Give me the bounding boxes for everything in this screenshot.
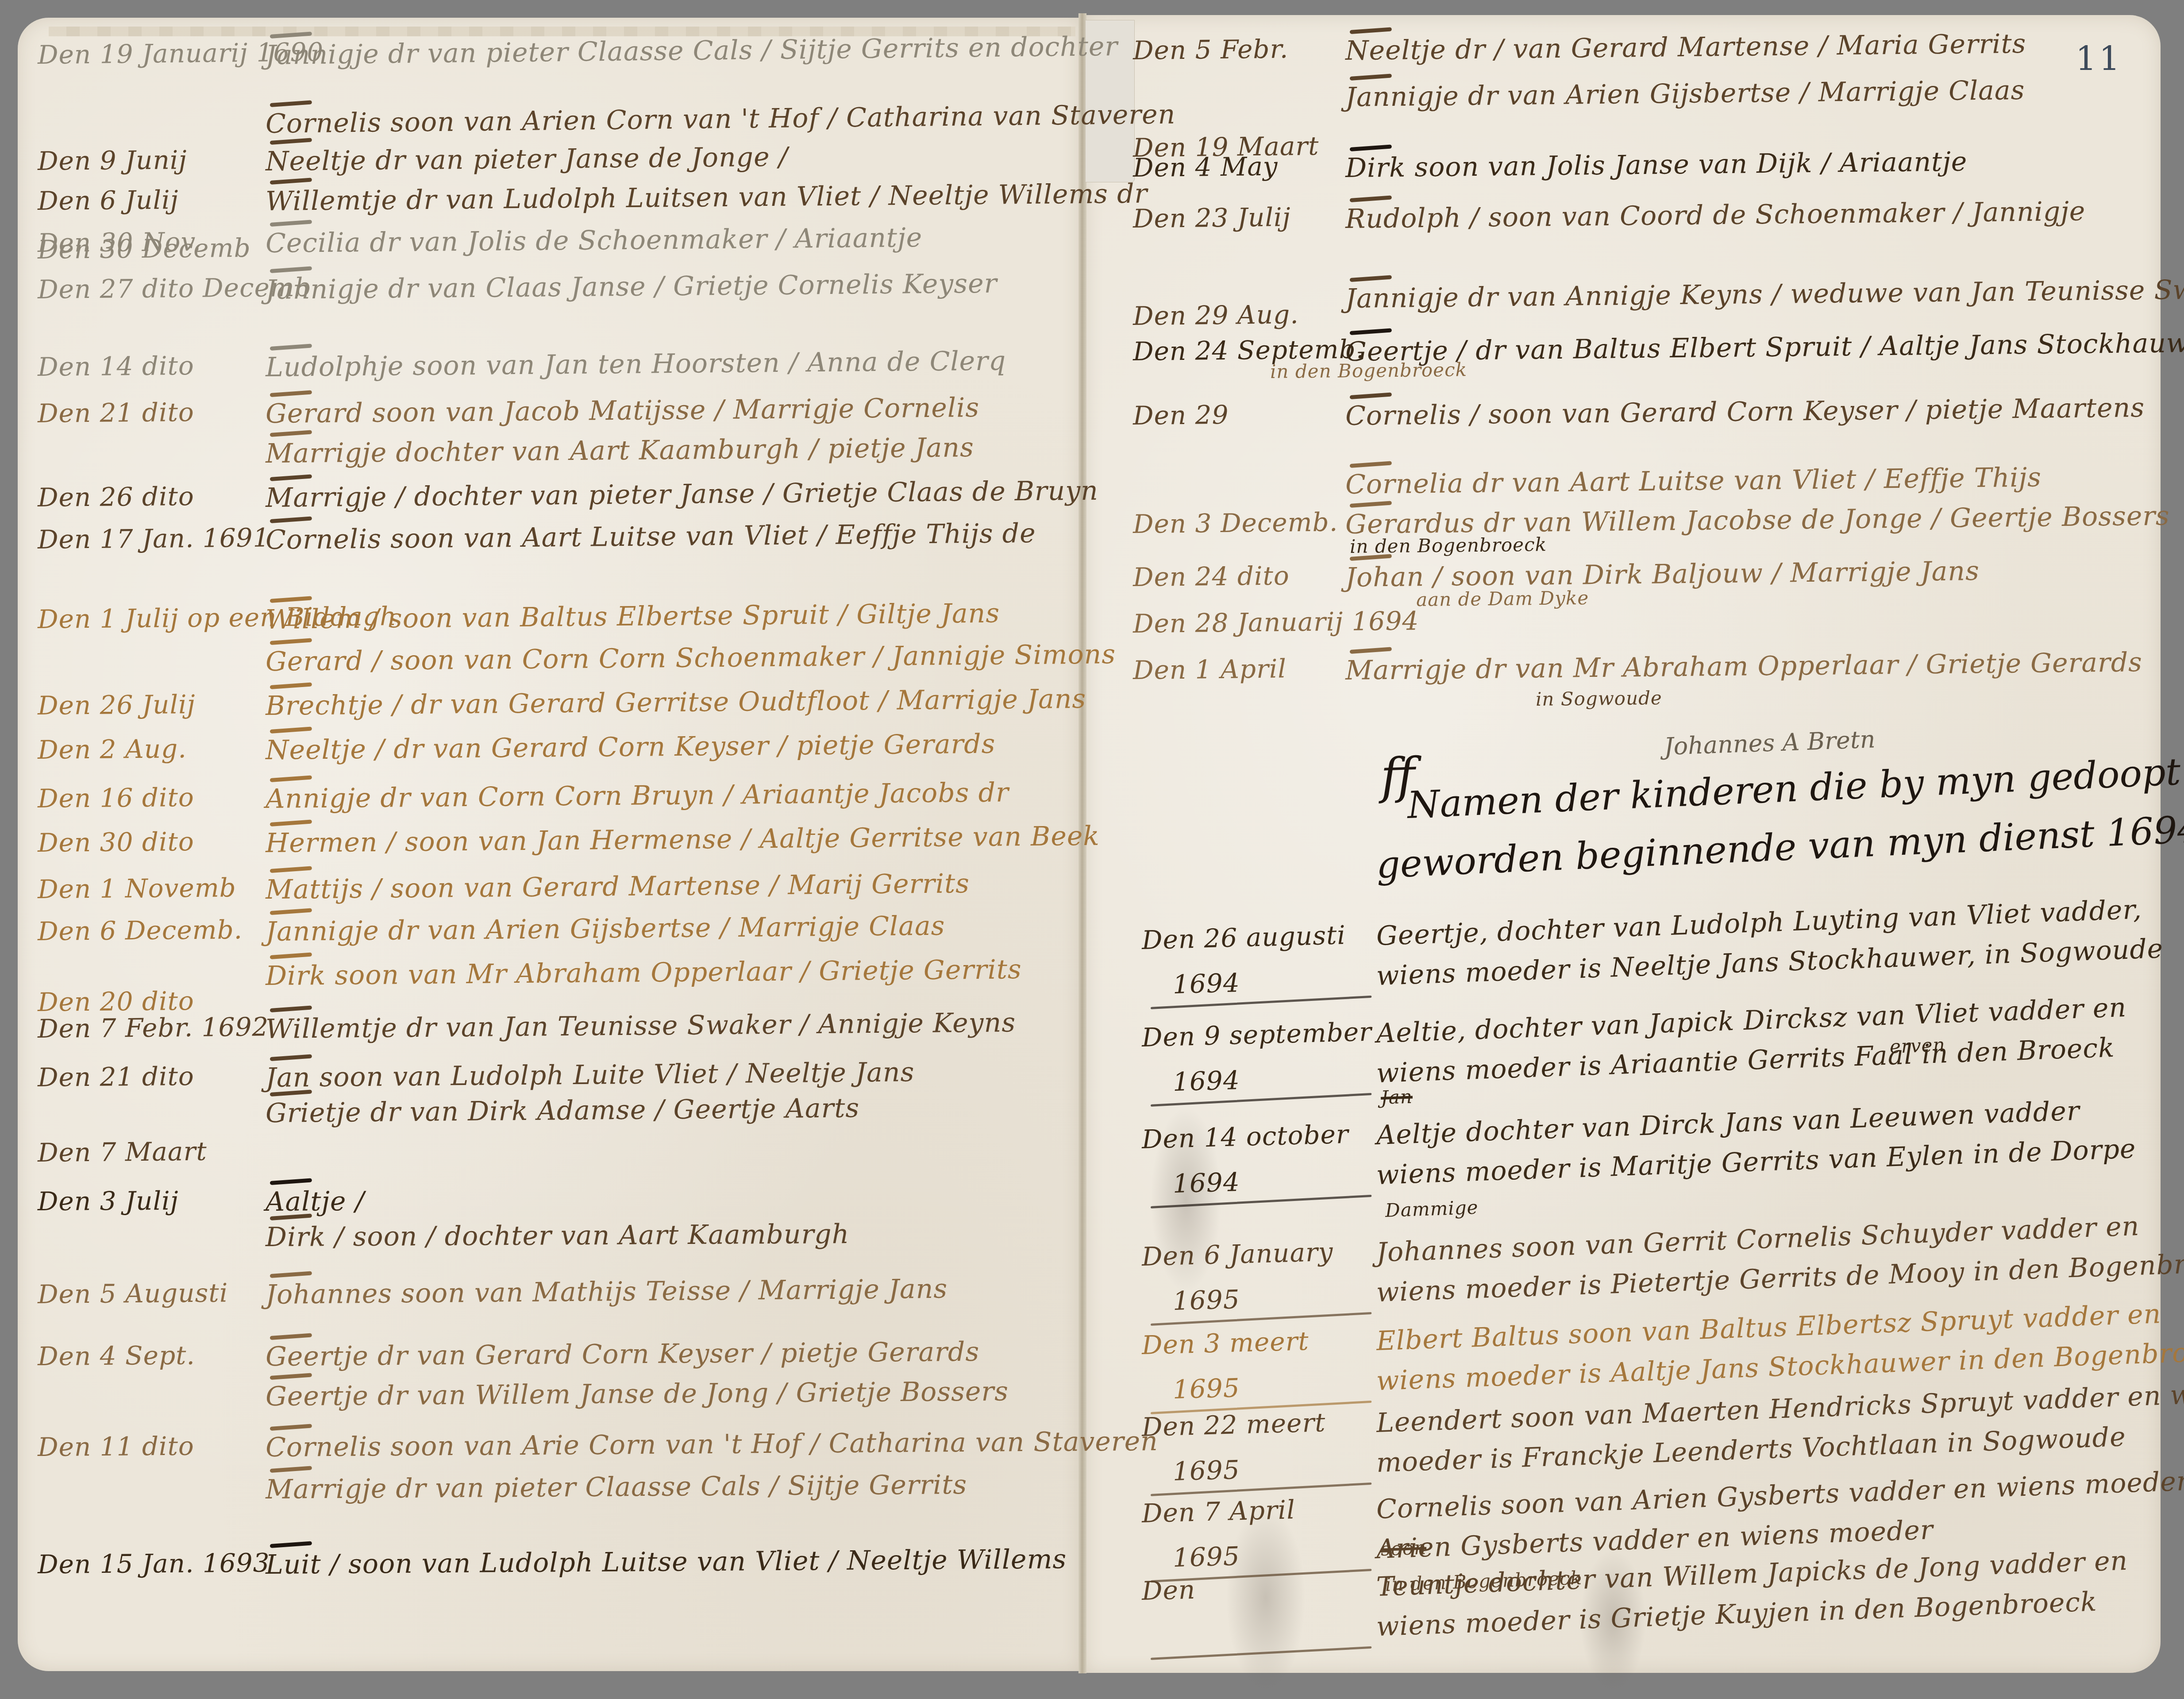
entry-text: Dirk / soon / dochter van Aart Kaamburgh (266, 1219, 850, 1253)
entry-date: Den 3 Decemb. (1133, 507, 1338, 539)
baptism-year: 1694 (1172, 968, 1240, 1000)
entry-text: Mattijs / soon van Gerard Martense / Mar… (266, 868, 970, 905)
baptism-date: Den 6 January (1141, 1237, 1333, 1272)
entry-date: Den 2 Aug. (38, 734, 187, 765)
entry-text: Willemtje dr van Jan Teunisse Swaker / A… (266, 1007, 1016, 1045)
entry-text: Marrigje dochter van Aart Kaamburgh / pi… (266, 432, 974, 469)
entry-text: Cecilia dr van Jolis de Schoenmaker / Ar… (266, 222, 923, 259)
entry-date: Den 24 dito (1133, 560, 1290, 592)
entry-date: Den 4 Sept. (38, 1340, 195, 1371)
entry-text: Geertje dr van Willem Janse de Jong / Gr… (266, 1376, 1009, 1412)
entry-text: Geertje dr van Gerard Corn Keyser / piet… (266, 1336, 980, 1372)
entry-annotation: aan de Dam Dyke (1416, 587, 1589, 610)
entry-text: Willem / soon van Baltus Elbertse Spruit… (266, 598, 1000, 635)
entry-text: Gerard soon van Jacob Matijsse / Marrigj… (266, 392, 980, 429)
entry-annotation: in Sogwoude (1536, 687, 1662, 710)
entry-date: Den 14 dito (38, 351, 194, 382)
entry-text: Ludolphje soon van Jan ten Hoorsten / An… (266, 345, 1006, 383)
struck-word: Jan (1380, 1086, 1413, 1108)
entry-text: Cornelis soon van Arie Corn van 't Hof /… (266, 1426, 1158, 1463)
entry-text: Jan soon van Ludolph Luite Vliet / Neelt… (266, 1057, 915, 1093)
entry-date: Den 6 Julij (38, 185, 179, 216)
entry-date: Den 30 Decemb (38, 233, 251, 265)
entry-date: Den 16 dito (38, 782, 194, 814)
entry-text: Grietje dr van Dirk Adamse / Geertje Aar… (266, 1093, 860, 1129)
entry-date: Den 5 Augusti (38, 1278, 228, 1309)
entry-text: Marrigje dr van pieter Claasse Cals / Si… (266, 1469, 967, 1505)
entry-date: Den 1 April (1133, 653, 1287, 685)
entry-text: Annigje dr van Corn Corn Bruyn / Ariaant… (266, 777, 1009, 815)
baptism-date: Den 22 meert (1141, 1407, 1326, 1442)
baptism-year: 1695 (1172, 1455, 1240, 1487)
entry-date: Den 30 dito (38, 826, 194, 858)
baptism-year: 1695 (1172, 1284, 1240, 1316)
baptism-date: Den 7 April (1141, 1494, 1295, 1529)
entry-date: Den 21 dito (38, 397, 194, 429)
baptism-year: 1694 (1172, 1167, 1240, 1199)
entry-text: Neeltje / dr van Gerard Corn Keyser / pi… (266, 729, 996, 766)
entry-text: Jannigje dr van Arien Gijsbertse / Marri… (266, 911, 945, 947)
entry-date: Den 5 Febr. (1133, 34, 1289, 66)
entry-date: Den 29 (1133, 400, 1229, 431)
baptism-date: Den (1141, 1575, 1196, 1606)
entry-text: Johannes soon van Mathijs Teisse / Marri… (266, 1274, 948, 1310)
entry-annotation: in den Bogenbroeck (1350, 533, 1547, 557)
entry-date: Den 29 Aug. (1133, 299, 1299, 331)
entry-text: Luit / soon van Ludolph Luitse van Vliet… (266, 1544, 1067, 1580)
entry-text: Neeltje dr van pieter Janse de Jonge / (266, 142, 788, 177)
entry-date: Den 4 May (1133, 151, 1278, 183)
baptism-date: Den 3 meert (1141, 1326, 1309, 1360)
page-number: 11 (2076, 40, 2122, 78)
baptism-year: 1694 (1172, 1065, 1240, 1097)
entry-date: Den 7 Febr. 1692 (38, 1012, 269, 1044)
baptism-year: 1695 (1172, 1541, 1240, 1573)
entry-text: Johan / soon van Dirk Baljouw / Marrigje… (1345, 556, 1980, 593)
entry-date: Den 9 Junij (38, 145, 187, 176)
entry-date: Den 11 dito (38, 1431, 194, 1462)
entry-date: Den 6 Decemb. (38, 915, 243, 946)
entry-date: Den 21 dito (38, 1061, 194, 1093)
entry-text: Jannigje dr van Claas Janse / Grietje Co… (266, 268, 998, 305)
entry-text: Aaltje / (266, 1186, 365, 1217)
baptism-year: 1695 (1172, 1373, 1240, 1405)
entry-date: Den 23 Julij (1133, 202, 1291, 234)
entry-date: Den 28 Januarij 1694 (1133, 606, 1419, 639)
interlinear-insertion: erven (1889, 1034, 1945, 1058)
water-stain (1226, 1505, 1306, 1691)
entry-date: Den 26 dito (38, 481, 194, 513)
entry-date: Den 26 Julij (38, 689, 196, 721)
entry-text: Dirk soon van Jolis Janse van Dijk / Ari… (1345, 146, 1968, 184)
entry-annotation: in den Bogenbroeck (1270, 359, 1467, 382)
entry-date: Den 7 Maart (38, 1136, 207, 1168)
entry-date: Den 15 Jan. 1693 (38, 1548, 270, 1579)
baptism-date: Den 14 october (1141, 1119, 1349, 1155)
entry-text: Dirk soon van Mr Abraham Opperlaar / Gri… (266, 954, 1022, 992)
entry-date: Den 3 Julij (38, 1185, 179, 1216)
entry-date: Den 1 Novemb (38, 873, 236, 904)
baptism-record-line-3: Dammige (1385, 1197, 1479, 1221)
entry-date: Den 17 Jan. 1691 (38, 522, 270, 555)
baptism-date: Den 26 augusti (1141, 920, 1346, 955)
baptism-date: Den 9 september (1141, 1016, 1372, 1053)
struck-word: soon (1380, 1537, 1427, 1560)
